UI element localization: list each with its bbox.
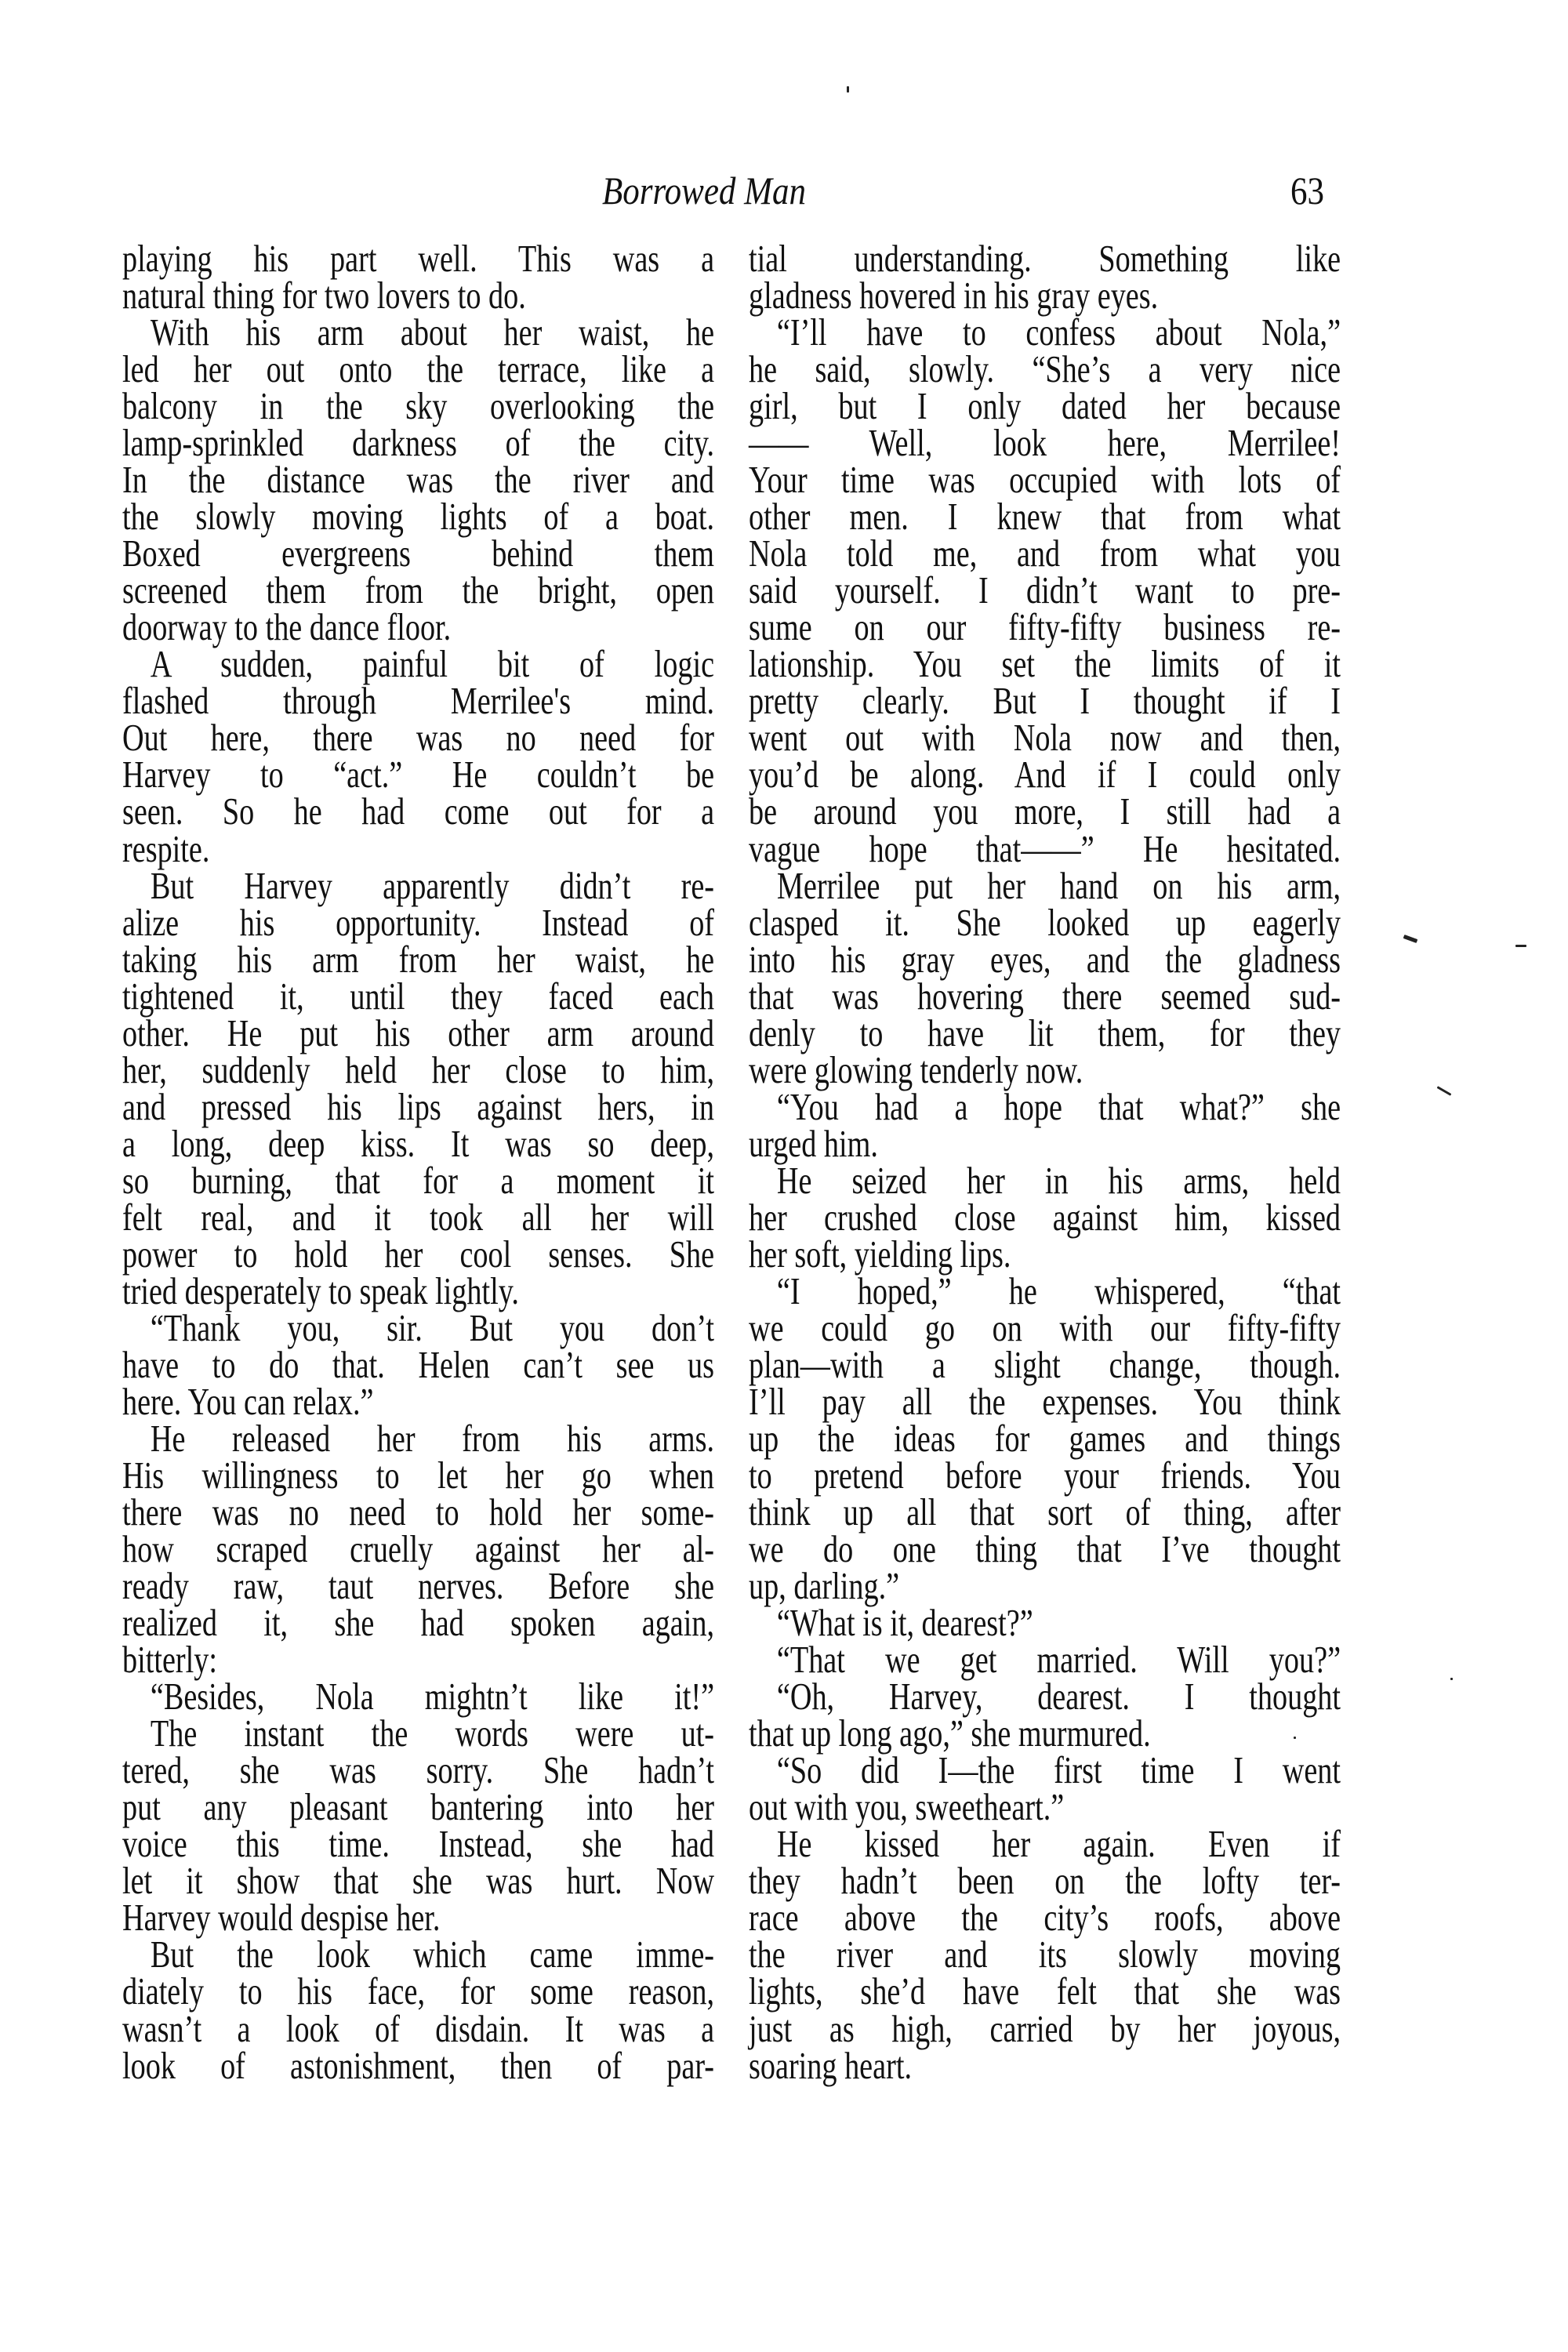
text-line: clasped it. She looked up eagerly bbox=[749, 904, 1341, 941]
text-line: other men. I knew that from what bbox=[749, 498, 1341, 535]
text-line: race above the city’s roofs, above bbox=[749, 1899, 1341, 1936]
text-line: he said, slowly. “She’s a very nice bbox=[749, 350, 1341, 387]
text-line: “I hoped,” he whispered, “that bbox=[749, 1272, 1341, 1309]
text-line: lationship. You set the limits of it bbox=[749, 645, 1341, 682]
text-line: tered, she was sorry. She hadn’t bbox=[122, 1751, 714, 1788]
text-line: here. You can relax.” bbox=[122, 1383, 714, 1420]
text-line: her, suddenly held her close to him, bbox=[122, 1051, 714, 1088]
text-line: sume on our fifty-fifty business re- bbox=[749, 608, 1341, 645]
scan-speck bbox=[1437, 1086, 1452, 1096]
text-line: urged him. bbox=[749, 1125, 1341, 1162]
text-line: Harvey would despise her. bbox=[122, 1899, 714, 1936]
text-line: the slowly moving lights of a boat. bbox=[122, 498, 714, 535]
text-line: there was no need to hold her some- bbox=[122, 1494, 714, 1530]
text-line: seen. So he had come out for a bbox=[122, 793, 714, 829]
text-line: we do one thing that I’ve thought bbox=[749, 1530, 1341, 1567]
text-line: Out here, there was no need for bbox=[122, 719, 714, 756]
text-line: soaring heart. bbox=[749, 2047, 1341, 2084]
text-line: Merrilee put her hand on his arm, bbox=[749, 867, 1341, 904]
text-line: into his gray eyes, and the gladness bbox=[749, 941, 1341, 978]
text-line: power to hold her cool senses. She bbox=[122, 1236, 714, 1272]
text-line: diately to his face, for some reason, bbox=[122, 1973, 714, 2009]
text-line: to pretend before your friends. You bbox=[749, 1457, 1341, 1494]
text-column-right: tial understanding. Something likegladne… bbox=[749, 240, 1341, 2084]
text-line: I’ll pay all the expenses. You think bbox=[749, 1383, 1341, 1420]
running-head: Borrowed Man 63 bbox=[0, 171, 1568, 210]
text-line: voice this time. Instead, she had bbox=[122, 1825, 714, 1862]
text-line: His willingness to let her go when bbox=[122, 1457, 714, 1494]
text-line: they hadn’t been on the lofty ter- bbox=[749, 1862, 1341, 1899]
text-line: He kissed her again. Even if bbox=[749, 1825, 1341, 1862]
text-line: girl, but I only dated her because bbox=[749, 387, 1341, 424]
text-line: “You had a hope that what?” she bbox=[749, 1088, 1341, 1125]
text-line: said yourself. I didn’t want to pre- bbox=[749, 572, 1341, 608]
text-line: you’d be along. And if I could only bbox=[749, 756, 1341, 793]
text-line: plan—with a slight change, though. bbox=[749, 1346, 1341, 1383]
text-line: felt real, and it took all her will bbox=[122, 1199, 714, 1236]
text-line: —— Well, look here, Merrilee! bbox=[749, 424, 1341, 461]
text-line: “What is it, dearest?” bbox=[749, 1604, 1341, 1641]
text-line: out with you, sweetheart.” bbox=[749, 1788, 1341, 1825]
text-line: respite. bbox=[122, 830, 714, 867]
text-line: tightened it, until they faced each bbox=[122, 978, 714, 1014]
text-line: flashed through Merrilee's mind. bbox=[122, 682, 714, 719]
text-line: lights, she’d have felt that she was bbox=[749, 1973, 1341, 2009]
text-line: let it show that she was hurt. Now bbox=[122, 1862, 714, 1899]
text-line: playing his part well. This was a bbox=[122, 240, 714, 277]
text-line: and pressed his lips against hers, in bbox=[122, 1088, 714, 1125]
text-line: Boxed evergreens behind them bbox=[122, 535, 714, 572]
text-line: went out with Nola now and then, bbox=[749, 719, 1341, 756]
text-line: that was hovering there seemed sud- bbox=[749, 978, 1341, 1014]
text-line: think up all that sort of thing, after bbox=[749, 1494, 1341, 1530]
scan-speck bbox=[1450, 1678, 1453, 1680]
text-line: He seized her in his arms, held bbox=[749, 1162, 1341, 1199]
text-line: “Besides, Nola mightn’t like it!” bbox=[122, 1678, 714, 1715]
text-line: bitterly: bbox=[122, 1641, 714, 1678]
text-line: her crushed close against him, kissed bbox=[749, 1199, 1341, 1236]
text-line: realized it, she had spoken again, bbox=[122, 1604, 714, 1641]
text-line: put any pleasant bantering into her bbox=[122, 1788, 714, 1825]
text-line: alize his opportunity. Instead of bbox=[122, 904, 714, 941]
text-line: her soft, yielding lips. bbox=[749, 1236, 1341, 1272]
text-line: But the look which came imme- bbox=[122, 1936, 714, 1973]
text-line: so burning, that for a moment it bbox=[122, 1162, 714, 1199]
scan-speck bbox=[1403, 935, 1418, 943]
text-line: the river and its slowly moving bbox=[749, 1936, 1341, 1973]
text-line: be around you more, I still had a bbox=[749, 793, 1341, 829]
scan-speck bbox=[1294, 1737, 1296, 1739]
text-line: A sudden, painful bit of logic bbox=[122, 645, 714, 682]
text-line: up the ideas for games and things bbox=[749, 1420, 1341, 1457]
book-page: Borrowed Man 63 playing his part well. T… bbox=[0, 0, 1568, 2352]
text-line: up, darling.” bbox=[749, 1567, 1341, 1604]
text-line: how scraped cruelly against her al- bbox=[122, 1530, 714, 1567]
text-line: In the distance was the river and bbox=[122, 461, 714, 498]
text-line: wasn’t a look of disdain. It was a bbox=[122, 2010, 714, 2047]
text-line: Nola told me, and from what you bbox=[749, 535, 1341, 572]
text-line: Your time was occupied with lots of bbox=[749, 461, 1341, 498]
running-head-title: Borrowed Man bbox=[602, 171, 806, 210]
text-line: were glowing tenderly now. bbox=[749, 1051, 1341, 1088]
text-line: “So did I—the first time I went bbox=[749, 1751, 1341, 1788]
text-line: just as high, carried by her joyous, bbox=[749, 2010, 1341, 2047]
scan-speck bbox=[1515, 945, 1526, 947]
text-line: With his arm about her waist, he bbox=[122, 314, 714, 350]
text-line: natural thing for two lovers to do. bbox=[122, 277, 714, 314]
text-line: tried desperately to speak lightly. bbox=[122, 1272, 714, 1309]
text-line: pretty clearly. But I thought if I bbox=[749, 682, 1341, 719]
text-line: gladness hovered in his gray eyes. bbox=[749, 277, 1341, 314]
text-line: “Thank you, sir. But you don’t bbox=[122, 1309, 714, 1346]
text-line: led her out onto the terrace, like a bbox=[122, 350, 714, 387]
text-line: vague hope that——” He hesitated. bbox=[749, 830, 1341, 867]
text-line: have to do that. Helen can’t see us bbox=[122, 1346, 714, 1383]
text-line: He released her from his arms. bbox=[122, 1420, 714, 1457]
text-column-left: playing his part well. This was anatural… bbox=[122, 240, 714, 2084]
text-line: ready raw, taut nerves. Before she bbox=[122, 1567, 714, 1604]
text-line: Harvey to “act.” He couldn’t be bbox=[122, 756, 714, 793]
text-line: other. He put his other arm around bbox=[122, 1014, 714, 1051]
text-line: that up long ago,” she murmured. bbox=[749, 1715, 1341, 1751]
text-line: But Harvey apparently didn’t re- bbox=[122, 867, 714, 904]
text-line: look of astonishment, then of par- bbox=[122, 2047, 714, 2084]
text-line: The instant the words were ut- bbox=[122, 1715, 714, 1751]
page-number: 63 bbox=[1290, 171, 1324, 210]
text-line: we could go on with our fifty-fifty bbox=[749, 1309, 1341, 1346]
text-line: doorway to the dance floor. bbox=[122, 608, 714, 645]
text-line: “I’ll have to confess about Nola,” bbox=[749, 314, 1341, 350]
column-body: tial understanding. Something likegladne… bbox=[749, 240, 1341, 2084]
text-line: taking his arm from her waist, he bbox=[122, 941, 714, 978]
text-line: denly to have lit them, for they bbox=[749, 1014, 1341, 1051]
scan-speck bbox=[847, 86, 849, 93]
text-line: a long, deep kiss. It was so deep, bbox=[122, 1125, 714, 1162]
column-body: playing his part well. This was anatural… bbox=[122, 240, 714, 2084]
text-line: balcony in the sky overlooking the bbox=[122, 387, 714, 424]
text-line: screened them from the bright, open bbox=[122, 572, 714, 608]
text-line: “That we get married. Will you?” bbox=[749, 1641, 1341, 1678]
text-line: tial understanding. Something like bbox=[749, 240, 1341, 277]
text-line: “Oh, Harvey, dearest. I thought bbox=[749, 1678, 1341, 1715]
text-line: lamp-sprinkled darkness of the city. bbox=[122, 424, 714, 461]
